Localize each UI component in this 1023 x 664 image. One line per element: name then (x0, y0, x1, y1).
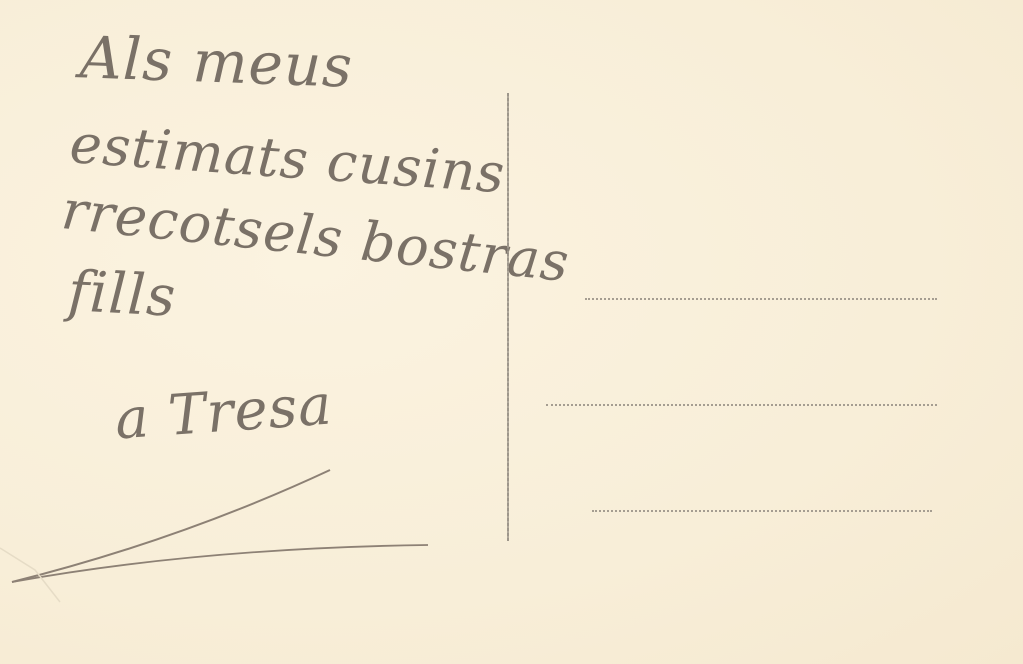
address-line-1 (585, 298, 937, 300)
paper-crease (0, 540, 90, 610)
signature-flourish (0, 0, 1023, 664)
postcard-back: Als meus estimats cusins rrecotsels bost… (0, 0, 1023, 664)
center-divider (507, 93, 509, 541)
address-line-2 (546, 404, 937, 406)
address-line-3 (592, 510, 932, 512)
